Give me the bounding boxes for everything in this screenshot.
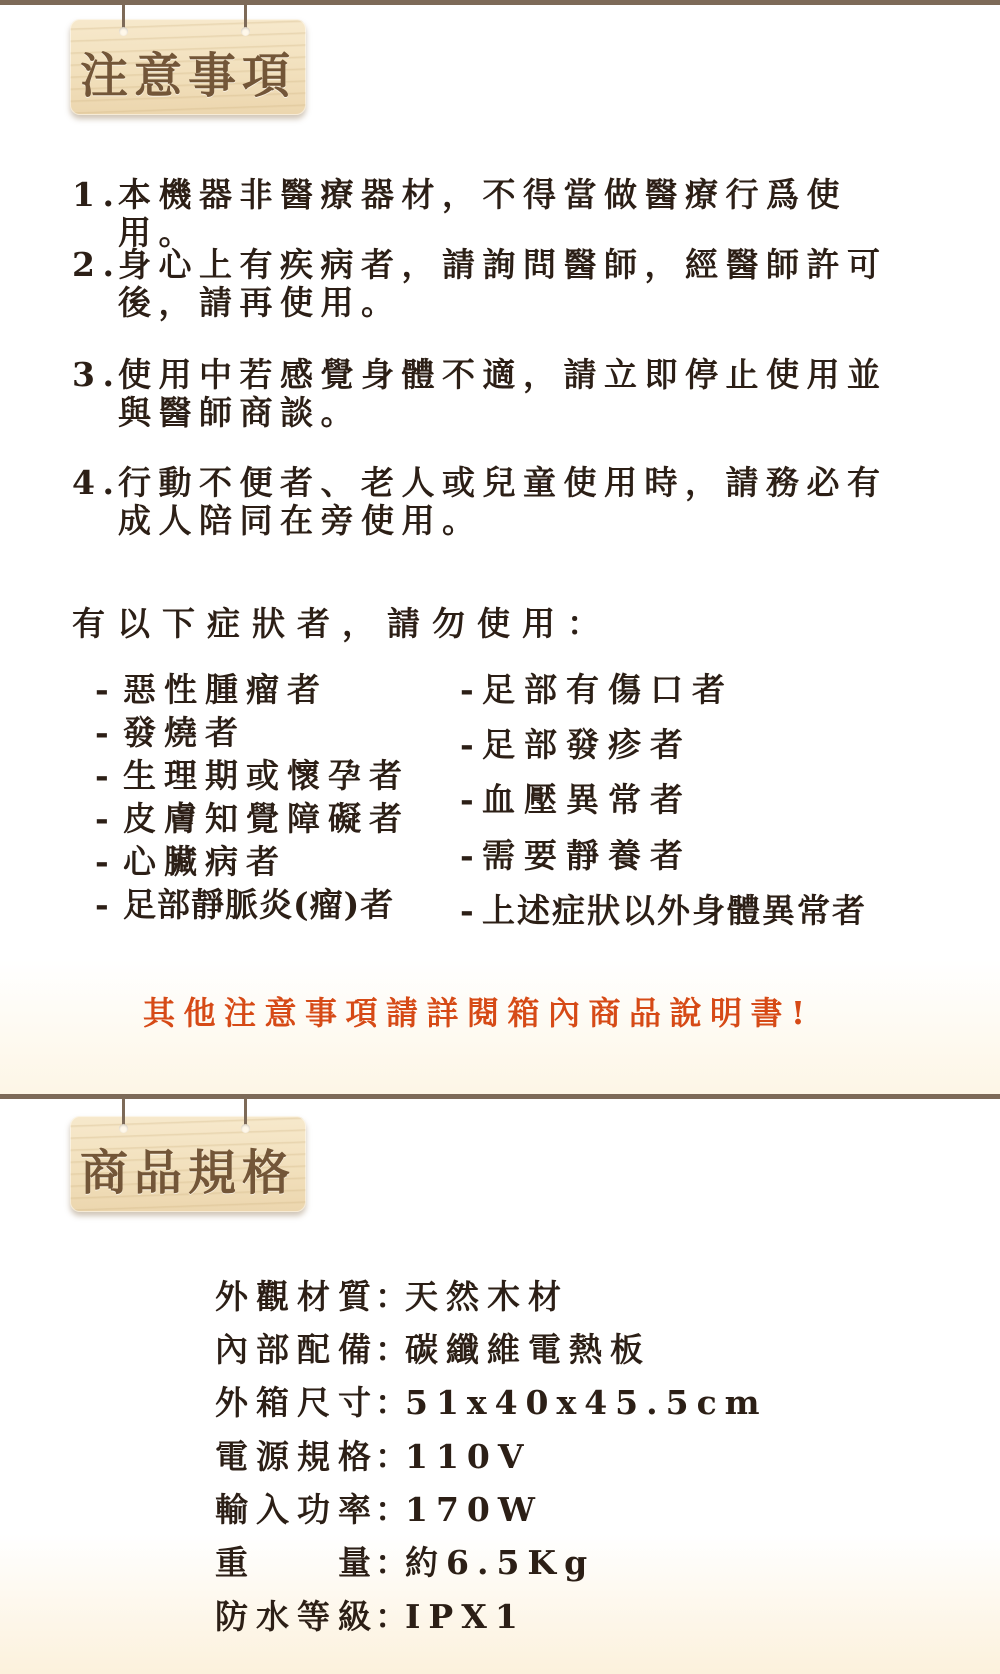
symptom-item: -皮膚知覺障礙者 [95, 793, 410, 840]
item-number: 1. [72, 176, 118, 214]
spec-row-power: 電源規格：110V [215, 1431, 532, 1471]
spec-section: 商品規格 外觀材質：天然木材 內部配備：碳纖維電熱板 外箱尺寸：51x40x45… [0, 1094, 1000, 1674]
item-number: 4. [72, 464, 118, 502]
item-text: 本機器非醫療器材，不得當做醫療行爲使用。 [118, 176, 918, 252]
spec-row-waterproof: 防水等級：IPX1 [215, 1591, 526, 1631]
contraindication-heading: 有以下症狀者，請勿使用： [72, 598, 612, 645]
symptom-item: -足部發疹者 [460, 719, 692, 766]
symptom-item: -足部靜脈炎(瘤)者 [95, 879, 394, 926]
symptom-item: -上述症狀以外身體異常者 [460, 885, 867, 932]
spec-row-weight: 重 量：約6.5Kg [215, 1537, 595, 1577]
item-text: 使用中若感覺身體不適，請立即停止使用並與醫師商談。 [118, 356, 918, 432]
spec-value: 110V [405, 1437, 532, 1476]
symptom-item: -惡性腫瘤者 [95, 664, 328, 711]
section-divider-bar [0, 1094, 1000, 1099]
spec-value: 約6.5Kg [405, 1537, 595, 1584]
spec-label: 重 量 [215, 1537, 375, 1584]
symptom-item: -心臟病者 [95, 836, 287, 883]
nail-hole-icon [241, 1124, 250, 1133]
spec-value: IPX1 [405, 1597, 526, 1636]
item-text: 身心上有疾病者，請詢問醫師，經醫師許可後，請再使用。 [118, 246, 938, 322]
spec-label: 內部配備 [215, 1324, 375, 1371]
spec-row-box-size: 外箱尺寸：51x40x45.5cm [215, 1377, 768, 1417]
notice-section: 注意事項 1. 本機器非醫療器材，不得當做醫療行爲使用。 2. 身心上有疾病者，… [0, 0, 1000, 1094]
symptom-item: -需要靜養者 [460, 830, 692, 877]
spec-row-material: 外觀材質：天然木材 [215, 1271, 569, 1311]
notice-sign-board: 注意事項 [70, 19, 306, 115]
spec-value: 51x40x45.5cm [405, 1383, 768, 1422]
nail-hole-icon [241, 27, 250, 36]
top-divider-bar [0, 0, 1000, 5]
item-number: 3. [72, 356, 118, 394]
symptom-item: -血壓異常者 [460, 774, 692, 821]
nail-hole-icon [119, 1124, 128, 1133]
spec-label: 外觀材質 [215, 1271, 375, 1318]
spec-title: 商品規格 [70, 1134, 306, 1203]
spec-row-internal: 內部配備：碳纖維電熱板 [215, 1324, 651, 1364]
item-text: 行動不便者、老人或兒童使用時，請務必有成人陪同在旁使用。 [118, 464, 918, 540]
spec-label: 輸入功率 [215, 1484, 375, 1531]
spec-row-input-wattage: 輸入功率：170W [215, 1484, 543, 1524]
notice-title: 注意事項 [70, 37, 306, 106]
footer-note: 其他注意事項請詳閱箱內商品說明書! [143, 988, 814, 1034]
spec-value: 碳纖維電熱板 [405, 1324, 651, 1371]
spec-label: 防水等級 [215, 1591, 375, 1638]
spec-value: 天然木材 [405, 1271, 569, 1318]
symptom-item: -足部有傷口者 [460, 664, 734, 711]
spec-value: 170W [405, 1490, 543, 1529]
nail-hole-icon [119, 27, 128, 36]
item-number: 2. [72, 246, 118, 284]
symptom-item: -發燒者 [95, 707, 246, 754]
spec-label: 外箱尺寸 [215, 1377, 375, 1424]
symptom-item: -生理期或懷孕者 [95, 750, 410, 797]
spec-label: 電源規格 [215, 1431, 375, 1478]
spec-sign-board: 商品規格 [70, 1116, 306, 1212]
